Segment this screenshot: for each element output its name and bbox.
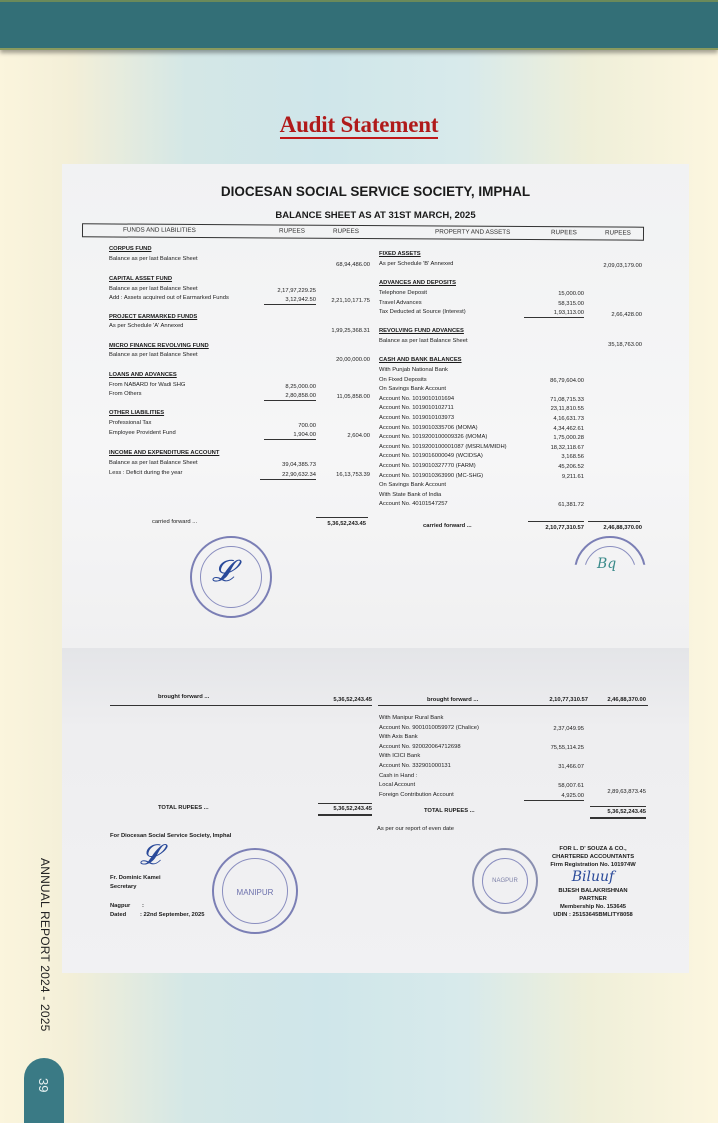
report-note: As per our report of even date <box>377 826 454 833</box>
revolving-heading: REVOLVING FUND ADVANCES <box>379 328 464 335</box>
line-item-label: On Savings Bank Account <box>379 386 446 393</box>
line-item-label: Account No. 40101547257 <box>379 501 448 508</box>
line-item-label: Foreign Contribution Account <box>379 792 454 799</box>
society-stamp-2: MANIPUR <box>212 848 298 934</box>
capital-val1: 2,17,97,229.25 <box>254 288 316 295</box>
line-item-label: Travel Advances <box>379 300 422 307</box>
line-item-label: Account No. 1019010335706 (MOMA) <box>379 425 478 432</box>
line-item-value: 45,206.52 <box>524 464 584 471</box>
income-heading: INCOME AND EXPENDITURE ACCOUNT <box>109 450 219 457</box>
loans-val1: 8,25,000.00 <box>254 384 316 391</box>
column-header: FUNDS AND LIABILITIES RUPEES RUPEES PROP… <box>82 223 644 240</box>
auditor-stamp-center: NAGPUR <box>474 878 536 884</box>
secretary-signature: 𝓛 <box>212 554 234 589</box>
rule <box>378 705 648 706</box>
total-left: 5,36,52,243.45 <box>316 806 372 813</box>
total-label-right: TOTAL RUPEES ... <box>424 808 475 815</box>
other-total: 2,604.00 <box>312 433 370 440</box>
micro-total: 20,00,000.00 <box>312 357 370 364</box>
line-item-label: Account No. 1019200100001087 (MSRLM/MIDH… <box>379 444 507 451</box>
line-item-value: 75,55,114.25 <box>524 745 584 752</box>
cash-bank-total: 2,89,63,873.45 <box>588 789 646 796</box>
line-item-value: 4,34,462.61 <box>524 426 584 433</box>
advances-heading: ADVANCES AND DEPOSITS <box>379 280 456 287</box>
brought-forward-label-left: brought forward ... <box>158 694 209 701</box>
other-line1: Professional Tax <box>109 420 151 427</box>
corpus-line: Balance as per last Balance Sheet <box>109 256 198 263</box>
header-funds: FUNDS AND LIABILITIES <box>123 227 196 234</box>
line-item-label: Cash in Hand : <box>379 773 417 780</box>
brought-forward-label-right: brought forward ... <box>427 697 478 704</box>
loans-val2: 2,80,858.00 <box>264 393 316 401</box>
carried-forward-left: 5,36,52,243.45 <box>310 521 366 528</box>
line-item-value: 86,79,604.00 <box>524 378 584 385</box>
total-right: 5,36,52,243.45 <box>588 809 646 816</box>
date-label: Dated <box>110 912 126 919</box>
capital-total: 2,21,10,171.75 <box>312 298 370 305</box>
capital-line2: Add : Assets acquired out of Earmarked F… <box>109 295 229 302</box>
carried-forward-label-right: carried forward ... <box>423 523 472 530</box>
line-item-label: Account No. 1019010101694 <box>379 396 454 403</box>
line-item-label: With Axis Bank <box>379 734 418 741</box>
line-item-label: On Fixed Deposits <box>379 377 427 384</box>
rule <box>318 803 372 804</box>
society-for-line: For Diocesan Social Service Society, Imp… <box>110 833 231 840</box>
loans-line2: From Others <box>109 391 142 398</box>
line-item-value: 9,211.61 <box>524 474 584 481</box>
line-item-label: With Manipur Rural Bank <box>379 715 443 722</box>
loans-line1: From NABARD for Wadi SHG <box>109 382 185 389</box>
balance-sheet-title: BALANCE SHEET AS AT 31ST MARCH, 2025 <box>62 210 689 221</box>
line-item-label: Account No. 1019200100009326 (MOMA) <box>379 434 487 441</box>
header-rupees-2: RUPEES <box>333 228 359 235</box>
income-line2: Less : Deficit during the year <box>109 470 182 477</box>
other-line2: Employee Provident Fund <box>109 430 176 437</box>
capital-line1: Balance as per last Balance Sheet <box>109 286 198 293</box>
line-item-label: Account No. 920020064712698 <box>379 744 461 751</box>
line-item-label: Tax Deducted at Source (Interest) <box>379 309 466 316</box>
line-item-value: 1,93,113.00 <box>524 310 584 318</box>
other-heading: OTHER LIABILITIES <box>109 410 164 417</box>
line-item-label: Account No. 1019010327770 (FARM) <box>379 463 476 470</box>
line-item-label: With ICICI Bank <box>379 753 420 760</box>
secretary-signature-2: 𝓛 <box>140 838 160 872</box>
project-heading: PROJECT EARMARKED FUNDS <box>109 314 197 321</box>
auditor-type: CHARTERED ACCOUNTANTS <box>538 853 648 861</box>
total-label-left: TOTAL RUPEES ... <box>158 805 209 812</box>
line-item-value: 2,37,049.95 <box>524 726 584 733</box>
partner-role: PARTNER <box>538 895 648 903</box>
auditor-firm: FOR L. D' SOUZA & CO., <box>538 845 648 853</box>
line-item-value: 1,75,000.28 <box>524 435 584 442</box>
brought-forward-sub: 2,10,77,310.57 <box>528 697 588 704</box>
rule <box>590 806 646 807</box>
partner-membership: Membership No. 153645 <box>538 903 648 911</box>
corpus-total: 68,94,486.00 <box>312 262 370 269</box>
revolving-total: 35,18,763.00 <box>582 342 642 349</box>
header-rupees-4: RUPEES <box>605 229 631 236</box>
line-item-label: Telephone Deposit <box>379 290 427 297</box>
date-value: : 22nd September, 2025 <box>140 912 204 919</box>
partner-signature: Biluuf <box>538 869 648 887</box>
line-item-value: 23,11,810.55 <box>524 406 584 413</box>
line-item-value: 31,466.07 <box>524 764 584 771</box>
carried-forward-sub: 2,10,77,310.57 <box>528 525 584 532</box>
line-item-value: 18,32,118.67 <box>524 445 584 452</box>
income-val2: 22,90,632.34 <box>260 472 316 480</box>
rule <box>316 517 368 518</box>
cash-bank-heading: CASH AND BANK BALANCES <box>379 357 462 364</box>
partner-udin: UDIN : 25153645BMLITY8058 <box>538 911 648 919</box>
header-band <box>0 0 718 50</box>
auditor-registration: Firm Registration No. 101974W <box>538 861 648 869</box>
header-rupees-3: RUPEES <box>551 229 577 236</box>
header-rupees-1: RUPEES <box>279 227 305 234</box>
other-val1: 700.00 <box>254 423 316 430</box>
fixed-assets-total: 2,09,03,179.00 <box>582 263 642 270</box>
rule <box>588 521 640 522</box>
carried-forward-label-left: carried forward ... <box>152 519 197 526</box>
partner-name: BIJESH BALAKRISHNAN <box>538 887 648 895</box>
line-item-label: With Punjab National Bank <box>379 367 448 374</box>
revolving-line: Balance as per last Balance Sheet <box>379 338 468 345</box>
carried-forward-total: 2,46,88,370.00 <box>584 525 642 532</box>
line-item-value: 4,16,631.73 <box>524 416 584 423</box>
auditor-block: FOR L. D' SOUZA & CO., CHARTERED ACCOUNT… <box>538 845 648 919</box>
auditor-stamp-partial <box>574 536 646 608</box>
income-total: 16,13,753.39 <box>312 472 370 479</box>
line-item-value: 58,315.00 <box>524 301 584 308</box>
line-item-label: Account No. 9001010059972 (Chalice) <box>379 725 479 732</box>
project-line: As per Schedule 'A' Annexed <box>109 323 183 330</box>
rule <box>110 705 372 706</box>
line-item-label: Local Account <box>379 782 415 789</box>
secretary-name: Fr. Dominic Kamei <box>110 875 161 882</box>
side-label: ANNUAL REPORT 2024 - 2025 <box>36 858 52 1038</box>
society-stamp-center: MANIPUR <box>214 888 296 897</box>
line-item-value: 61,381.72 <box>524 502 584 509</box>
line-item-label: With State Bank of India <box>379 492 441 499</box>
auditor-stamp: NAGPUR <box>472 848 538 914</box>
brought-forward-total: 2,46,88,370.00 <box>588 697 646 704</box>
line-item-label: On Savings Bank Account <box>379 482 446 489</box>
place-value: : <box>142 903 144 910</box>
project-total: 1,99,25,368.31 <box>312 328 370 335</box>
loans-heading: LOANS AND ADVANCES <box>109 372 177 379</box>
auditor-initials: Bq <box>597 556 616 572</box>
micro-line: Balance as per last Balance Sheet <box>109 352 198 359</box>
income-val1: 39,04,385.73 <box>254 462 316 469</box>
balance-sheet-page-1: DIOCESAN SOCIAL SERVICE SOCIETY, IMPHAL … <box>62 164 689 648</box>
income-line1: Balance as per last Balance Sheet <box>109 460 198 467</box>
line-item-value: 3,168.56 <box>524 454 584 461</box>
line-item-label: Account No. 1019010363990 (MC-SHG) <box>379 473 483 480</box>
line-item-value: 58,007.61 <box>524 783 584 790</box>
line-item-value: 4,925.00 <box>524 793 584 801</box>
fixed-assets-heading: FIXED ASSETS <box>379 251 421 258</box>
place-label: Nagpur <box>110 903 130 910</box>
line-item-label: Account No. 1019010102711 <box>379 405 454 412</box>
line-item-label: Account No. 332901000131 <box>379 763 451 770</box>
fixed-assets-line: As per Schedule 'B' Annexed <box>379 261 453 268</box>
advances-total: 2,66,428.00 <box>582 312 642 319</box>
loans-total: 11,05,858.00 <box>312 394 370 401</box>
rule <box>590 817 646 819</box>
rule <box>318 814 372 816</box>
corpus-heading: CORPUS FUND <box>109 246 152 253</box>
secretary-role: Secretary <box>110 884 136 891</box>
line-item-label: Account No. 1019016000049 (WCIDSA) <box>379 453 483 460</box>
line-item-label: Account No. 1019010103973 <box>379 415 454 422</box>
rule <box>528 521 584 522</box>
line-item-value: 71,08,715.33 <box>524 397 584 404</box>
capital-heading: CAPITAL ASSET FUND <box>109 276 172 283</box>
other-val2: 1,904.00 <box>264 432 316 440</box>
brought-forward-left: 5,36,52,243.45 <box>310 697 372 704</box>
balance-sheet-page-2: brought forward ... 5,36,52,243.45 broug… <box>62 648 689 973</box>
line-item-value: 15,000.00 <box>524 291 584 298</box>
micro-heading: MICRO FINANCE REVOLVING FUND <box>109 343 209 350</box>
capital-val2: 3,12,942.50 <box>264 297 316 305</box>
page-title: Audit Statement <box>0 112 718 139</box>
header-property: PROPERTY AND ASSETS <box>435 228 510 235</box>
organization-title: DIOCESAN SOCIAL SERVICE SOCIETY, IMPHAL <box>62 184 689 199</box>
page-number: 39 <box>36 1078 51 1092</box>
